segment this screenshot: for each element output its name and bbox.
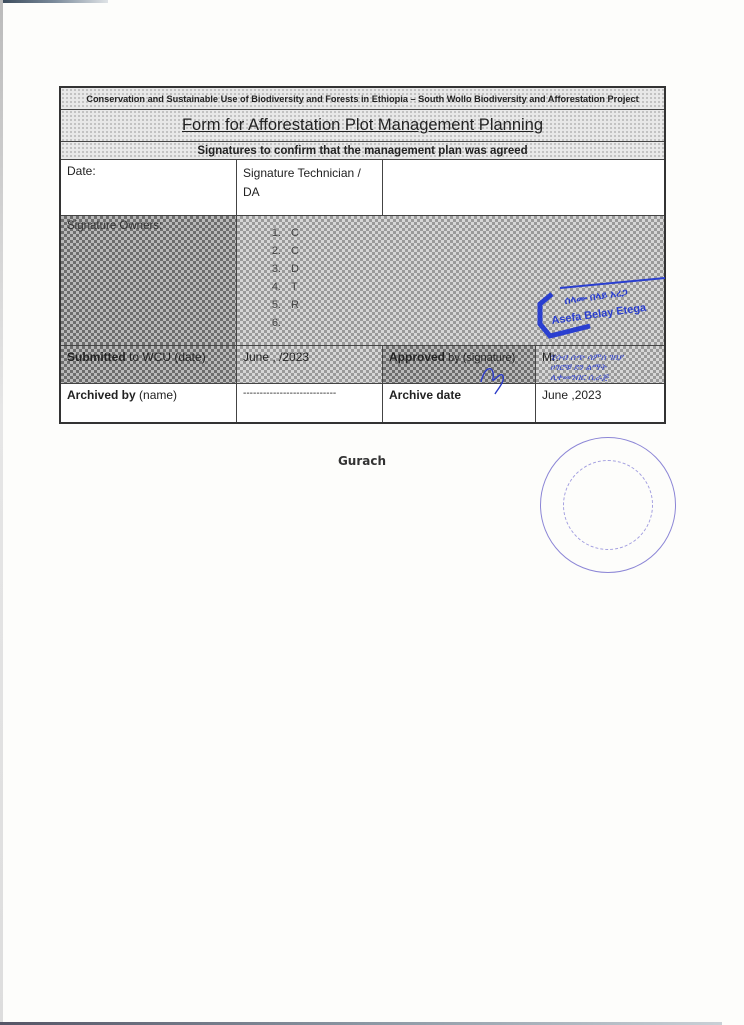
date-label: Date: <box>61 160 237 215</box>
owner-item: 2.C <box>267 242 658 260</box>
technician-signature-field[interactable] <box>383 160 664 215</box>
scan-edge <box>0 0 108 3</box>
form-title-row: Form for Afforestation Plot Management P… <box>61 110 664 142</box>
signature-owners-label: Signature Owners: <box>61 216 237 345</box>
date-row: Date: Signature Technician / DA <box>61 160 664 216</box>
signatures-header: Signatures to confirm that the managemen… <box>197 145 527 157</box>
archived-row: Archived by (name) ---------------------… <box>61 384 664 422</box>
stamp-mark-icon: ሰላሙ በላይ አረጋ Asefa Belay Etega <box>530 274 670 344</box>
signatures-header-row: Signatures to confirm that the managemen… <box>61 142 664 160</box>
submitted-label: Submitted to WCU (date) <box>61 346 237 383</box>
svg-text:ሰላሙ በላይ አረጋ: ሰላሙ በላይ አረጋ <box>564 287 629 307</box>
archive-date[interactable]: June ,2023 <box>536 384 664 422</box>
archived-name[interactable]: ---------------------------- <box>237 384 383 422</box>
signature-scribble-icon <box>473 356 513 396</box>
project-header: Conservation and Sustainable Use of Biod… <box>86 94 638 104</box>
scan-edge <box>0 0 3 1025</box>
submitted-date[interactable]: June , /2023 <box>237 346 383 383</box>
location-name: Gurach <box>0 454 724 468</box>
archived-label: Archived by (name) <box>61 384 237 422</box>
archive-date-label: Archive date <box>383 384 536 422</box>
project-header-row: Conservation and Sustainable Use of Biod… <box>61 88 664 110</box>
technician-label: Signature Technician / DA <box>237 160 383 215</box>
form-title: Form for Afforestation Plot Management P… <box>182 116 543 135</box>
owner-item: 1.C <box>267 224 658 242</box>
approved-label: Approved by (signature) <box>383 346 536 383</box>
round-stamp-inner <box>563 460 653 550</box>
official-stamp: ሰላሙ በላይ አረጋ Asefa Belay Etega <box>530 274 670 344</box>
handwritten-note: ሂሳብ ሰጭ ሳምሰ ገበያሀገሮቹ ደን ልማትሊቀመንበር ሲራጅ <box>550 352 670 382</box>
